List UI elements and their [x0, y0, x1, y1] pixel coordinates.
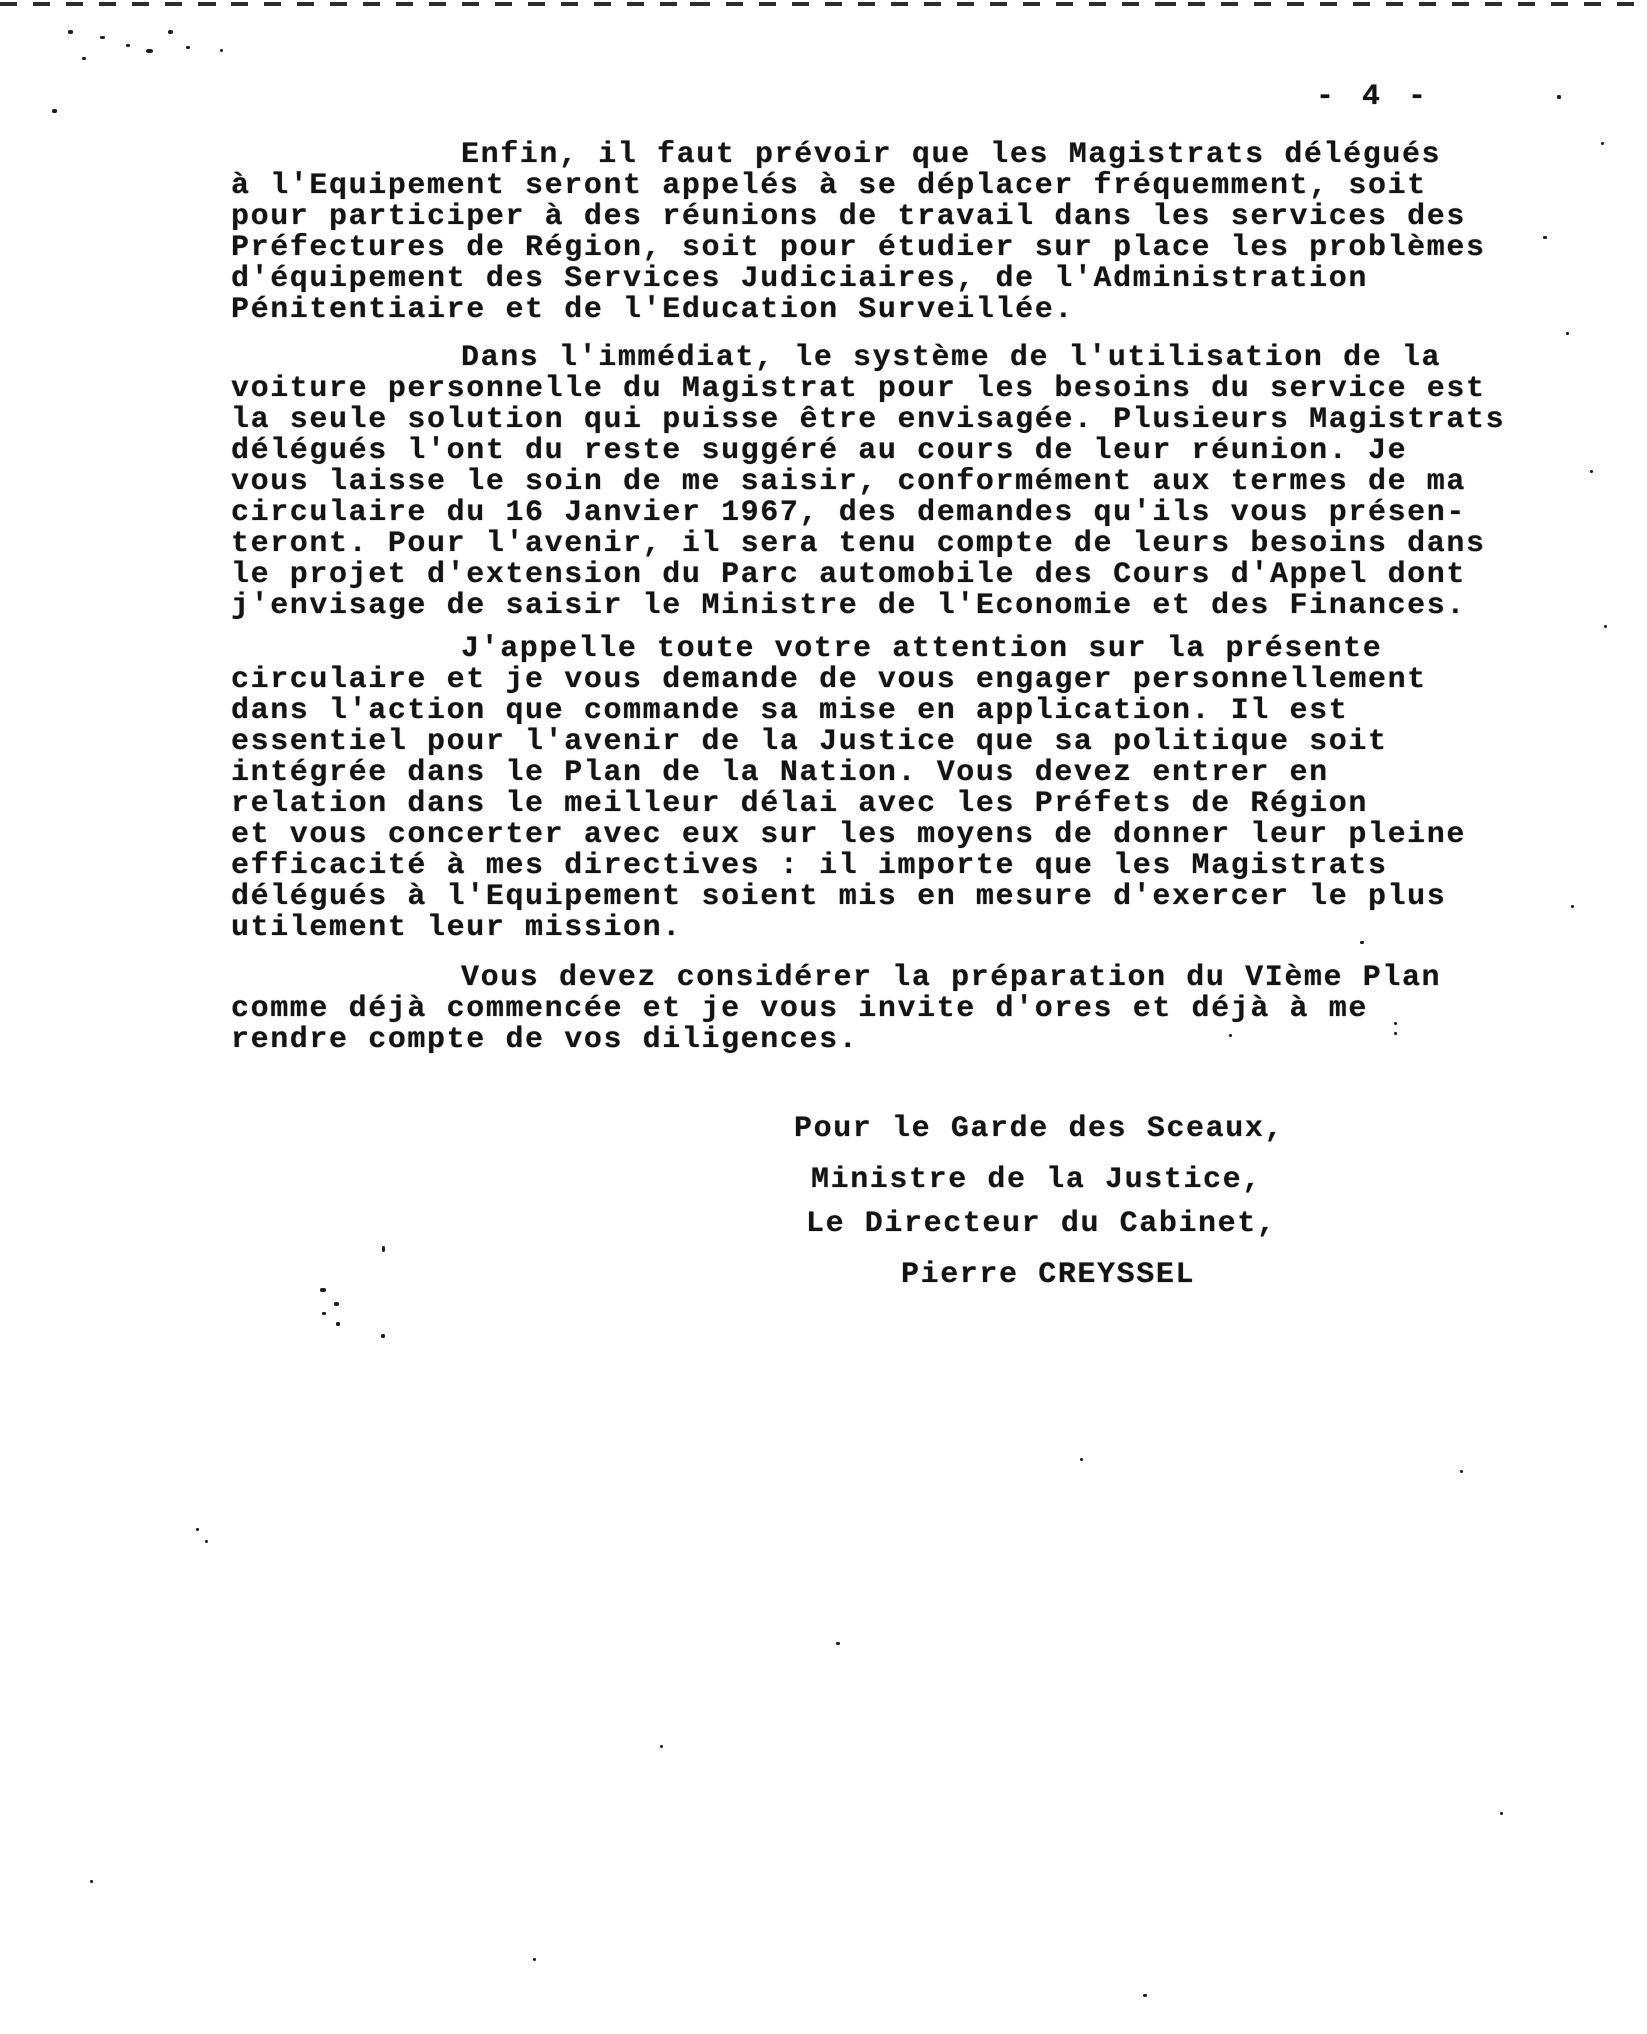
scanned-document-page: - 4 - Enfin, il faut prévoir que les Mag… — [0, 0, 1647, 2034]
text-line: pour participer à des réunions de travai… — [231, 202, 1571, 233]
text-line: efficacité à mes directives : il importe… — [231, 851, 1571, 882]
scan-speckle — [1394, 1022, 1397, 1025]
scan-speckle — [52, 109, 57, 113]
scan-speckle — [382, 1246, 385, 1252]
scan-speckle — [1601, 142, 1604, 145]
scan-speckle — [1500, 1812, 1503, 1815]
scan-speckle — [68, 30, 73, 34]
signature-role-line: Pour le Garde des Sceaux, — [794, 1112, 1284, 1146]
text-line: utilement leur mission. — [231, 913, 1571, 944]
text-line: Enfin, il faut prévoir que les Magistrat… — [231, 140, 1571, 171]
paragraph-2: Dans l'immédiat, le système de l'utilisa… — [231, 343, 1571, 622]
scan-speckle — [100, 36, 105, 39]
scan-speckle — [836, 1642, 840, 1645]
scan-speckle — [1571, 905, 1574, 908]
text-line: vous laisse le soin de me saisir, confor… — [231, 467, 1571, 498]
text-line: j'envisage de saisir le Ministre de l'Ec… — [231, 591, 1571, 622]
scan-speckle — [1557, 95, 1561, 99]
text-line: J'appelle toute votre attention sur la p… — [231, 634, 1571, 665]
text-line: et vous concerter avec eux sur les moyen… — [231, 820, 1571, 851]
text-line: teront. Pour l'avenir, il sera tenu comp… — [231, 529, 1571, 560]
text-line: Pénitentiaire et de l'Education Surveill… — [231, 295, 1571, 326]
scan-speckle — [1360, 941, 1364, 944]
scan-speckle — [334, 1302, 339, 1306]
text-line: rendre compte de vos diligences. — [231, 1025, 1571, 1056]
scan-speckle — [1229, 1034, 1232, 1037]
scan-speckle — [533, 1958, 536, 1961]
text-line: délégués à l'Equipement soient mis en me… — [231, 882, 1571, 913]
text-line: comme déjà commencée et je vous invite d… — [231, 994, 1571, 1025]
scan-speckle — [1543, 236, 1547, 239]
scan-speckle — [126, 44, 130, 47]
signature-role-line: Le Directeur du Cabinet, — [806, 1207, 1276, 1241]
scan-speckle — [1460, 1470, 1463, 1473]
scan-speckle — [1143, 1994, 1147, 1997]
scan-edge-artifact — [0, 2, 1647, 6]
text-line: Préfectures de Région, soit pour étudier… — [231, 233, 1571, 264]
paragraph-4: Vous devez considérer la préparation du … — [231, 963, 1571, 1056]
scan-speckle — [220, 49, 223, 52]
scan-speckle — [90, 1880, 93, 1883]
paragraph-1: Enfin, il faut prévoir que les Magistrat… — [231, 140, 1571, 326]
text-line: voiture personnelle du Magistrat pour le… — [231, 374, 1571, 405]
text-line: délégués l'ont du reste suggéré au cours… — [231, 436, 1571, 467]
scan-speckle — [205, 1540, 208, 1543]
scan-speckle — [1590, 470, 1593, 473]
text-line: Dans l'immédiat, le système de l'utilisa… — [231, 343, 1571, 374]
text-line: le projet d'extension du Parc automobile… — [231, 560, 1571, 591]
scan-speckle — [1080, 1458, 1083, 1461]
scan-speckle — [660, 1745, 663, 1748]
signatory-name: Pierre CREYSSEL — [901, 1258, 1195, 1292]
text-line: essentiel pour l'avenir de la Justice qu… — [231, 727, 1571, 758]
text-line: circulaire du 16 Janvier 1967, des deman… — [231, 498, 1571, 529]
scan-speckle — [146, 49, 153, 53]
scan-speckle — [1604, 625, 1607, 628]
text-line: la seule solution qui puisse être envisa… — [231, 405, 1571, 436]
scan-speckle — [82, 57, 86, 60]
scan-speckle — [196, 1528, 199, 1531]
text-line: intégrée dans le Plan de la Nation. Vous… — [231, 758, 1571, 789]
text-line: d'équipement des Services Judiciaires, d… — [231, 264, 1571, 295]
scan-speckle — [381, 1334, 385, 1338]
scan-speckle — [322, 1312, 326, 1315]
page-number: - 4 - — [1316, 80, 1431, 114]
text-line: Vous devez considérer la préparation du … — [231, 963, 1571, 994]
scan-speckle — [168, 30, 173, 34]
scan-speckle — [1566, 332, 1569, 335]
scan-speckle — [336, 1322, 340, 1326]
scan-speckle — [320, 1288, 326, 1292]
text-line: relation dans le meilleur délai avec les… — [231, 789, 1571, 820]
signature-role-line: Ministre de la Justice, — [811, 1163, 1262, 1197]
text-line: circulaire et je vous demande de vous en… — [231, 665, 1571, 696]
scan-speckle — [1394, 1032, 1397, 1035]
scan-speckle — [186, 46, 190, 49]
text-line: dans l'action que commande sa mise en ap… — [231, 696, 1571, 727]
paragraph-3: J'appelle toute votre attention sur la p… — [231, 634, 1571, 944]
text-line: à l'Equipement seront appelés à se dépla… — [231, 171, 1571, 202]
